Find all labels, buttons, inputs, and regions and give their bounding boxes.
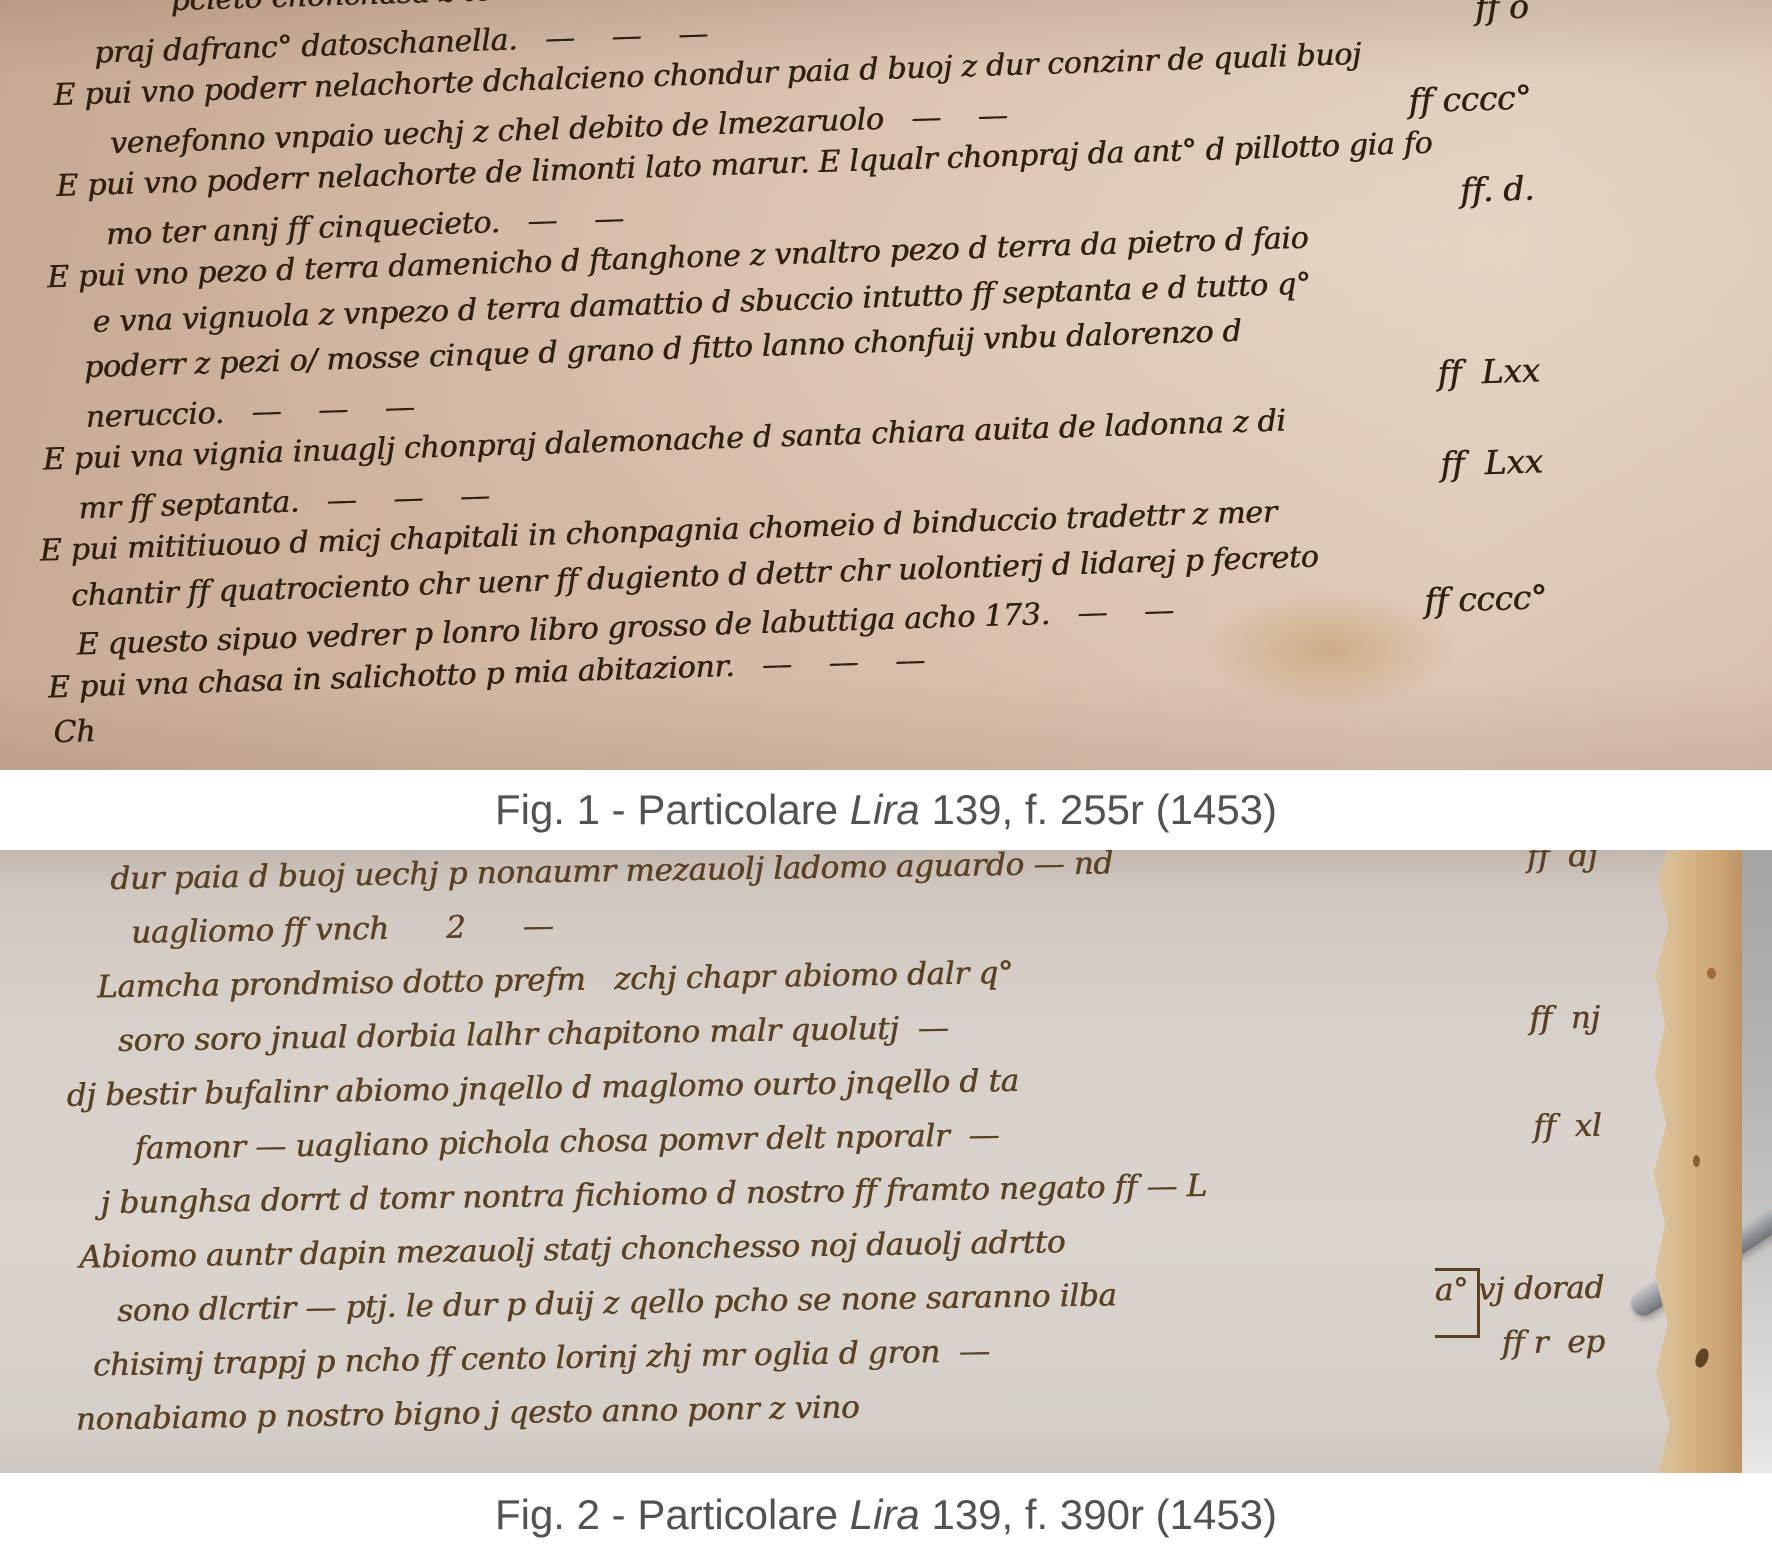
- margin-amount: ff dj: [1527, 850, 1598, 875]
- margin-amount: ff cccc°: [1423, 577, 1547, 620]
- page-edge-speck: [1693, 1155, 1700, 1167]
- margin-amount: ff xl: [1533, 1108, 1602, 1145]
- manuscript-text-1: pcieto chonchasa z terreno sanza vignia …: [20, 0, 1772, 761]
- margin-amount: ff. d.: [1459, 168, 1534, 209]
- figure-2: dur paia d buoj uechj p nonaumr mezauolj…: [0, 850, 1772, 1557]
- caption-2-suffix: 139, f. 390r (1453): [920, 1491, 1277, 1539]
- caption-1-suffix: 139, f. 255r (1453): [920, 786, 1277, 834]
- caption-2-italic-term: Lira: [850, 1491, 920, 1539]
- margin-amount: ff r ep: [1501, 1324, 1605, 1362]
- page-edge-speck: [1707, 968, 1716, 979]
- margin-amount: a° vj dorad: [1434, 1270, 1604, 1309]
- margin-amount: ff cccc°: [1408, 77, 1532, 120]
- margin-amount: ff nj: [1529, 1000, 1600, 1037]
- figure-1-caption: Fig. 1 - Particolare Lira 139, f. 255r (…: [0, 770, 1772, 850]
- caption-2-prefix: Fig. 2 - Particolare: [495, 1491, 850, 1539]
- manuscript-line-text: uagliomo ff vnch 2 —: [131, 908, 554, 951]
- manuscript-text-2: dur paia d buoj uechj p nonaumr mezauolj…: [55, 850, 1631, 1456]
- margin-amount: ff Lxx: [1440, 441, 1544, 483]
- manuscript-photo-1: pcieto chonchasa z terreno sanza vignia …: [0, 0, 1772, 770]
- manuscript-line-text: dur paia d buoj uechj p nonaumr mezauolj…: [110, 850, 1113, 897]
- manuscript-line-text: neruccio. — — —: [85, 389, 415, 434]
- figure-1: pcieto chonchasa z terreno sanza vignia …: [0, 0, 1772, 850]
- page: pcieto chonchasa z terreno sanza vignia …: [0, 0, 1772, 1557]
- figure-2-caption: Fig. 2 - Particolare Lira 139, f. 390r (…: [0, 1473, 1772, 1557]
- manuscript-line-text: mr ff septanta. — — —: [78, 478, 490, 526]
- caption-1-italic-term: Lira: [850, 786, 920, 834]
- page-edge: [1622, 850, 1742, 1473]
- caption-1-prefix: Fig. 1 - Particolare: [495, 786, 850, 834]
- manuscript-line-text: Ch: [53, 714, 96, 750]
- manuscript-photo-2: dur paia d buoj uechj p nonaumr mezauolj…: [0, 850, 1772, 1473]
- margin-amount: ff Lxx: [1437, 350, 1541, 392]
- margin-amount: ff o: [1474, 0, 1529, 27]
